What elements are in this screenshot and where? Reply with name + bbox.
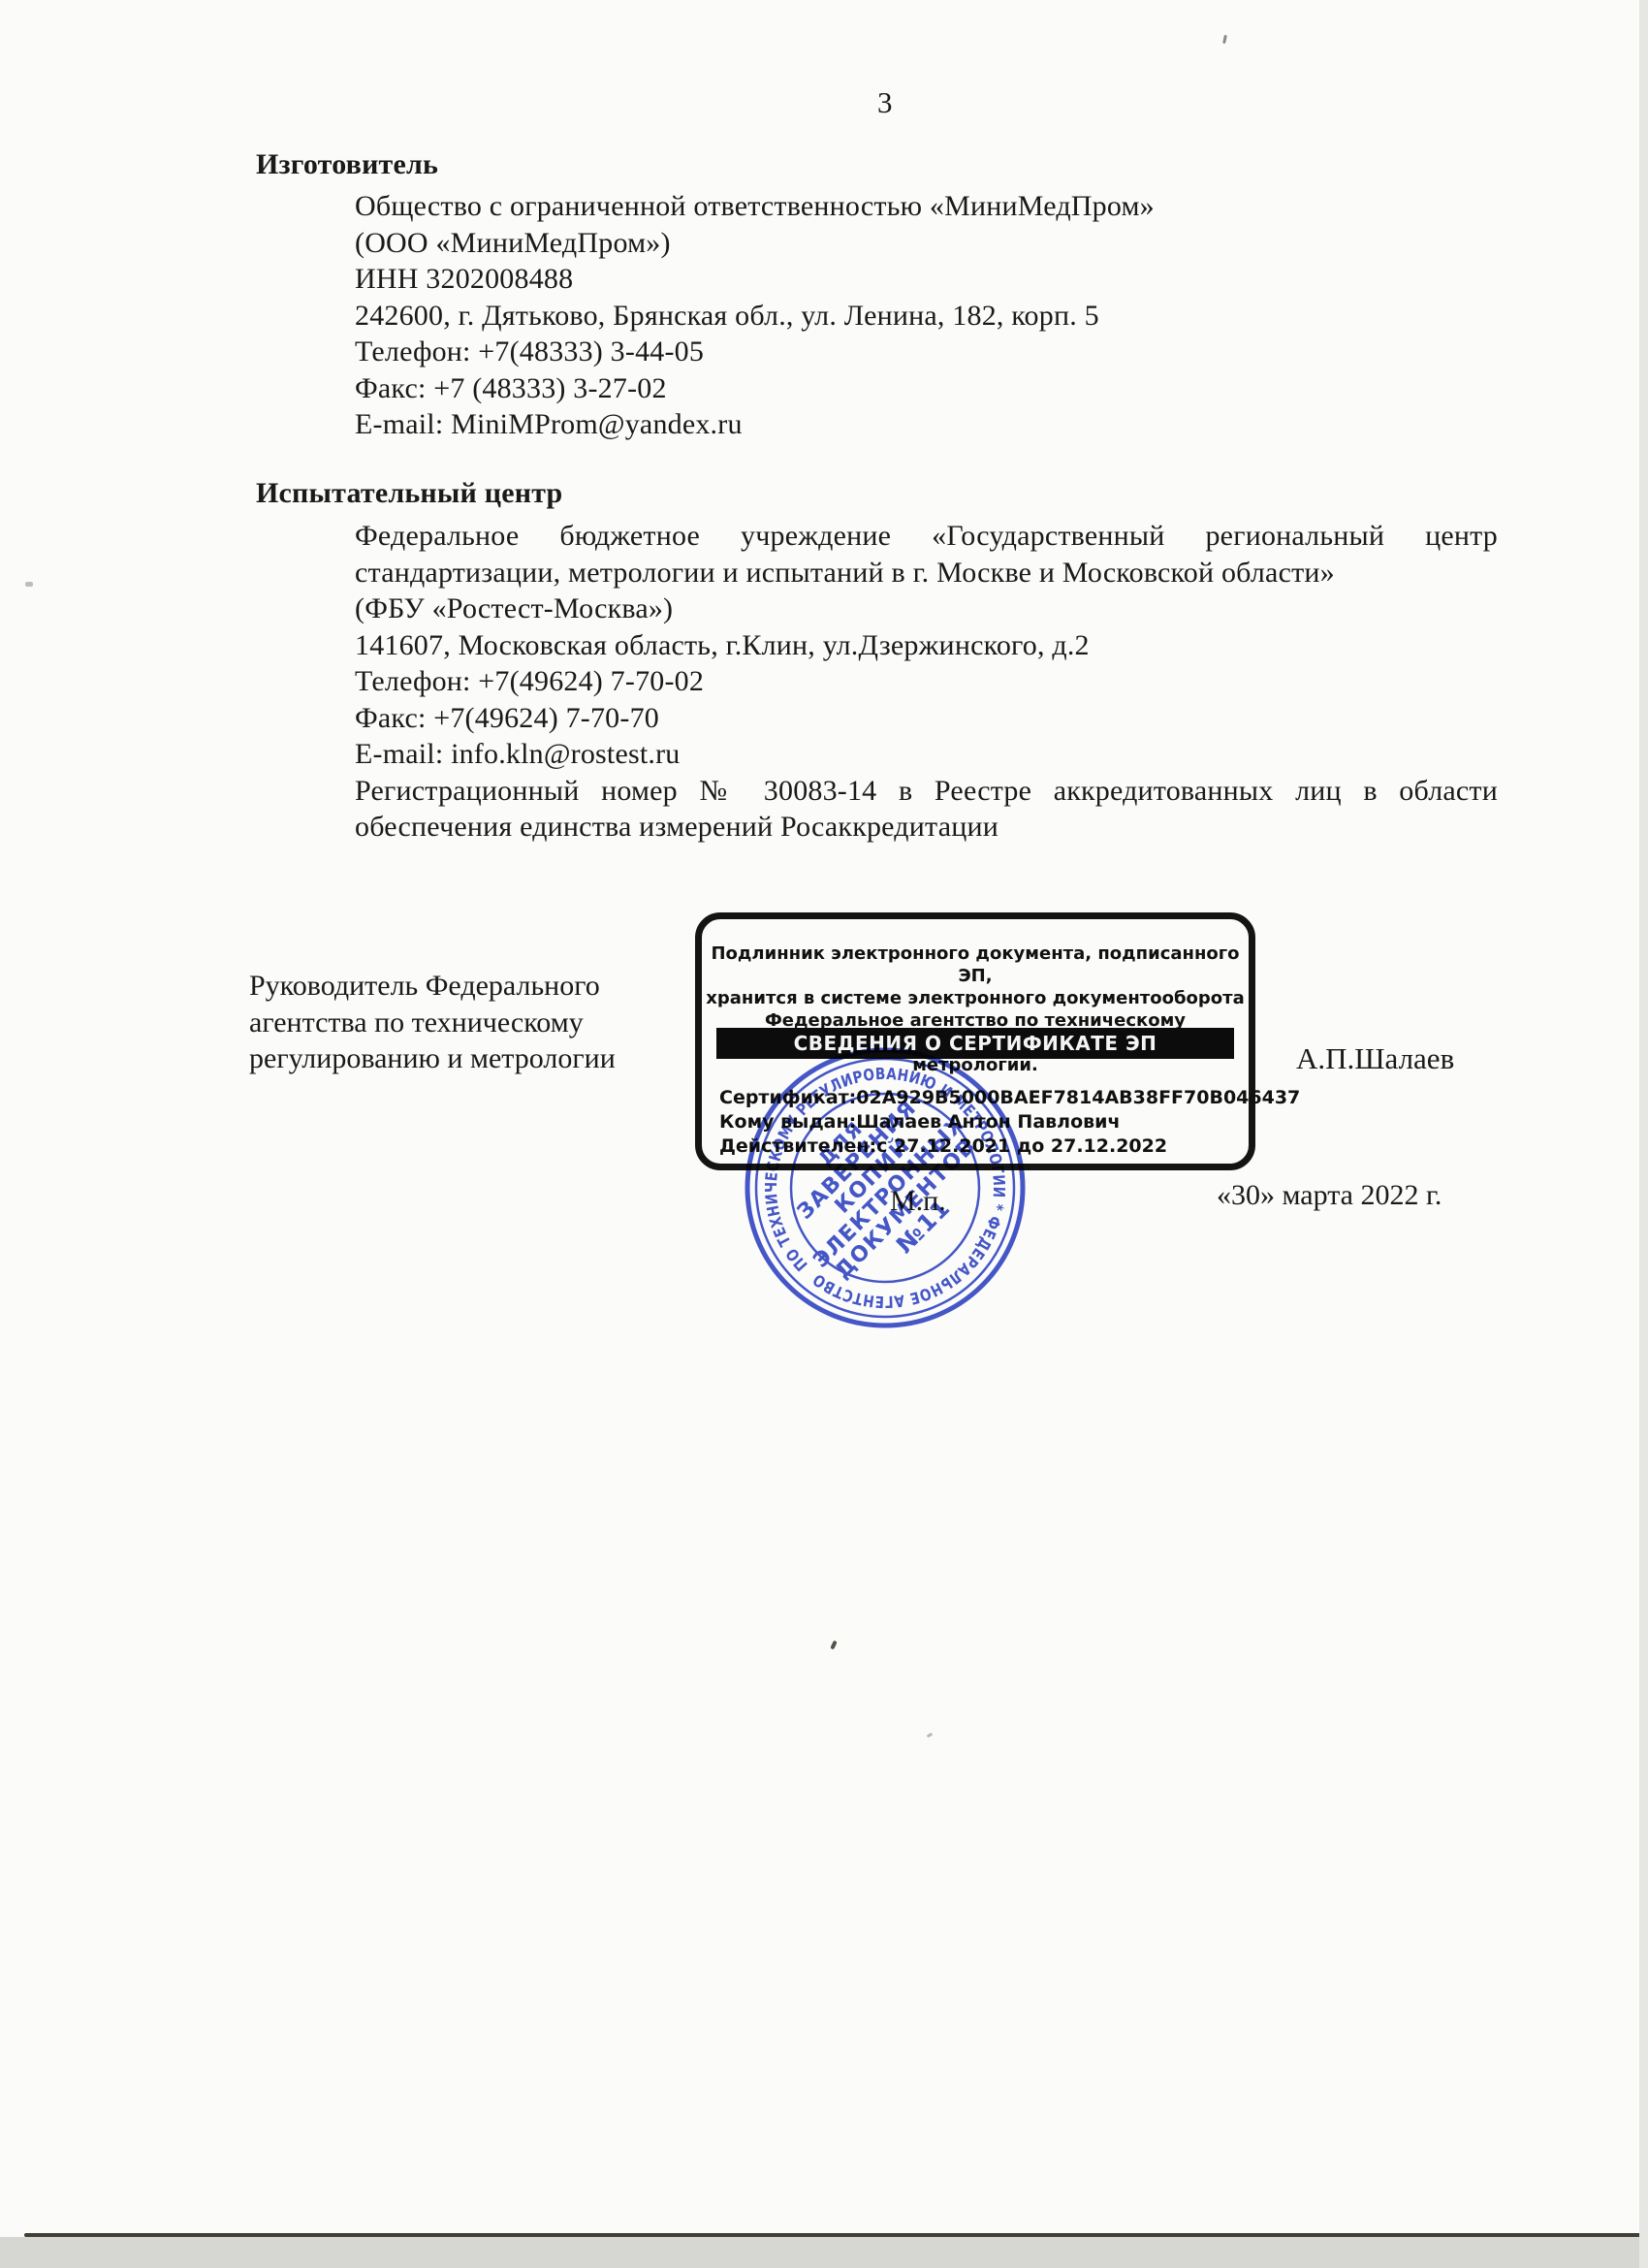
stamp-box-line2: хранится в системе электронного документ… [702, 987, 1249, 1009]
test-center-name-line2: стандартизации, метрологии и испытаний в… [355, 555, 1498, 591]
test-center-address: 141607, Московская область, г.Клин, ул.Д… [355, 627, 1498, 664]
manufacturer-inn: ИНН 3202008488 [355, 261, 1155, 298]
round-blue-stamp: ПО ТЕХНИЧЕСКОМУ РЕГУЛИРОВАНИЮ И МЕТРОЛОГ… [735, 1038, 1035, 1338]
signature-date: «30» марта 2022 г. [1217, 1179, 1442, 1212]
scan-speck [1222, 35, 1227, 44]
test-center-section: Испытательный центр Федеральное бюджетно… [256, 477, 1498, 846]
test-center-phone: Телефон: +7(49624) 7-70-02 [355, 663, 1498, 700]
test-center-email: E-mail: info.kln@rostest.ru [355, 736, 1498, 773]
scan-speck [25, 582, 33, 587]
test-center-details: Федеральное бюджетное учреждение «Госуда… [355, 518, 1498, 846]
test-center-reg-number-line1: Регистрационный номер № 30083-14 в Реест… [355, 773, 1498, 810]
manufacturer-details: Общество с ограниченной ответственностью… [355, 188, 1155, 443]
manufacturer-short-name: (ООО «МиниМедПром») [355, 225, 1155, 262]
page-number: 3 [877, 85, 893, 120]
test-center-short-name: (ФБУ «Ростест-Москва») [355, 591, 1498, 627]
manufacturer-name: Общество с ограниченной ответственностью… [355, 188, 1155, 225]
test-center-heading: Испытательный центр [256, 477, 1498, 510]
test-center-fax: Факс: +7(49624) 7-70-70 [355, 700, 1498, 737]
test-center-reg-number-line2: обеспечения единства измерений Росаккред… [355, 809, 1498, 846]
manufacturer-fax: Факс: +7 (48333) 3-27-02 [355, 370, 1155, 407]
stamp-box-line1: Подлинник электронного документа, подпис… [702, 942, 1249, 987]
scan-bottom-shadow [0, 2237, 1648, 2268]
test-center-name-line1: Федеральное бюджетное учреждение «Госуда… [355, 518, 1498, 555]
manufacturer-address: 242600, г. Дятьково, Брянская обл., ул. … [355, 298, 1155, 335]
scanned-document-page: { "page": { "number": "3" }, "manufactur… [0, 0, 1648, 2268]
scan-speck [927, 1733, 934, 1739]
manufacturer-phone: Телефон: +7(48333) 3-44-05 [355, 334, 1155, 370]
manufacturer-heading: Изготовитель [256, 148, 1155, 181]
manufacturer-email: E-mail: MiniMProm@yandex.ru [355, 406, 1155, 443]
signatory-name: А.П.Шалаев [1296, 1041, 1454, 1076]
scan-right-edge-shade [1639, 0, 1648, 2268]
manufacturer-section: Изготовитель Общество с ограниченной отв… [256, 148, 1155, 443]
scan-speck [830, 1641, 837, 1650]
